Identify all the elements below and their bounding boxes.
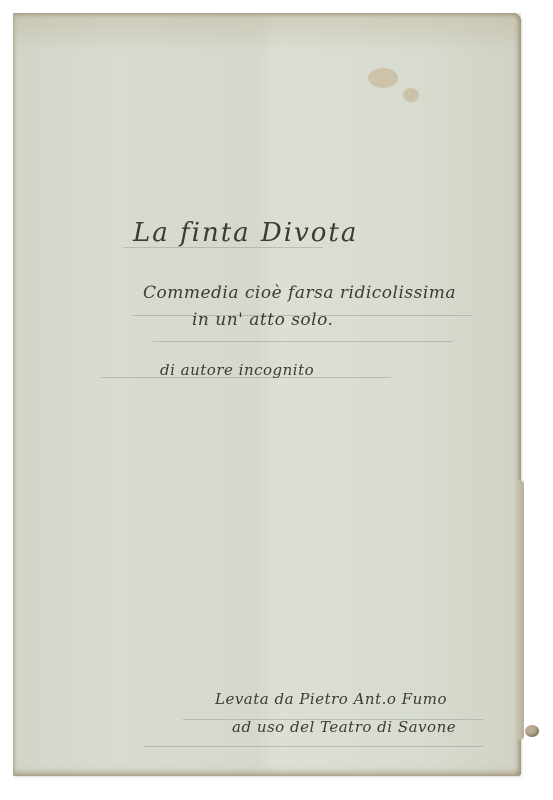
binding-string: [525, 725, 539, 737]
torn-edge: [514, 480, 524, 740]
subtitle-line-2: in un' atto solo.: [192, 310, 333, 330]
author-line: di autore incognito: [160, 361, 314, 379]
subtitle-line-1: Commedia cioè farsa ridicolissima: [143, 283, 456, 303]
stain: [368, 68, 398, 88]
colophon-line-1: Levata da Pietro Ant.o Fumo: [215, 690, 447, 708]
ruled-line: [153, 341, 453, 342]
ruled-line: [143, 746, 483, 747]
manuscript-page: [13, 13, 521, 776]
colophon-line-2: ad uso del Teatro di Savone: [232, 718, 456, 736]
manuscript-title: La finta Divota: [133, 218, 358, 248]
stain: [403, 88, 419, 102]
